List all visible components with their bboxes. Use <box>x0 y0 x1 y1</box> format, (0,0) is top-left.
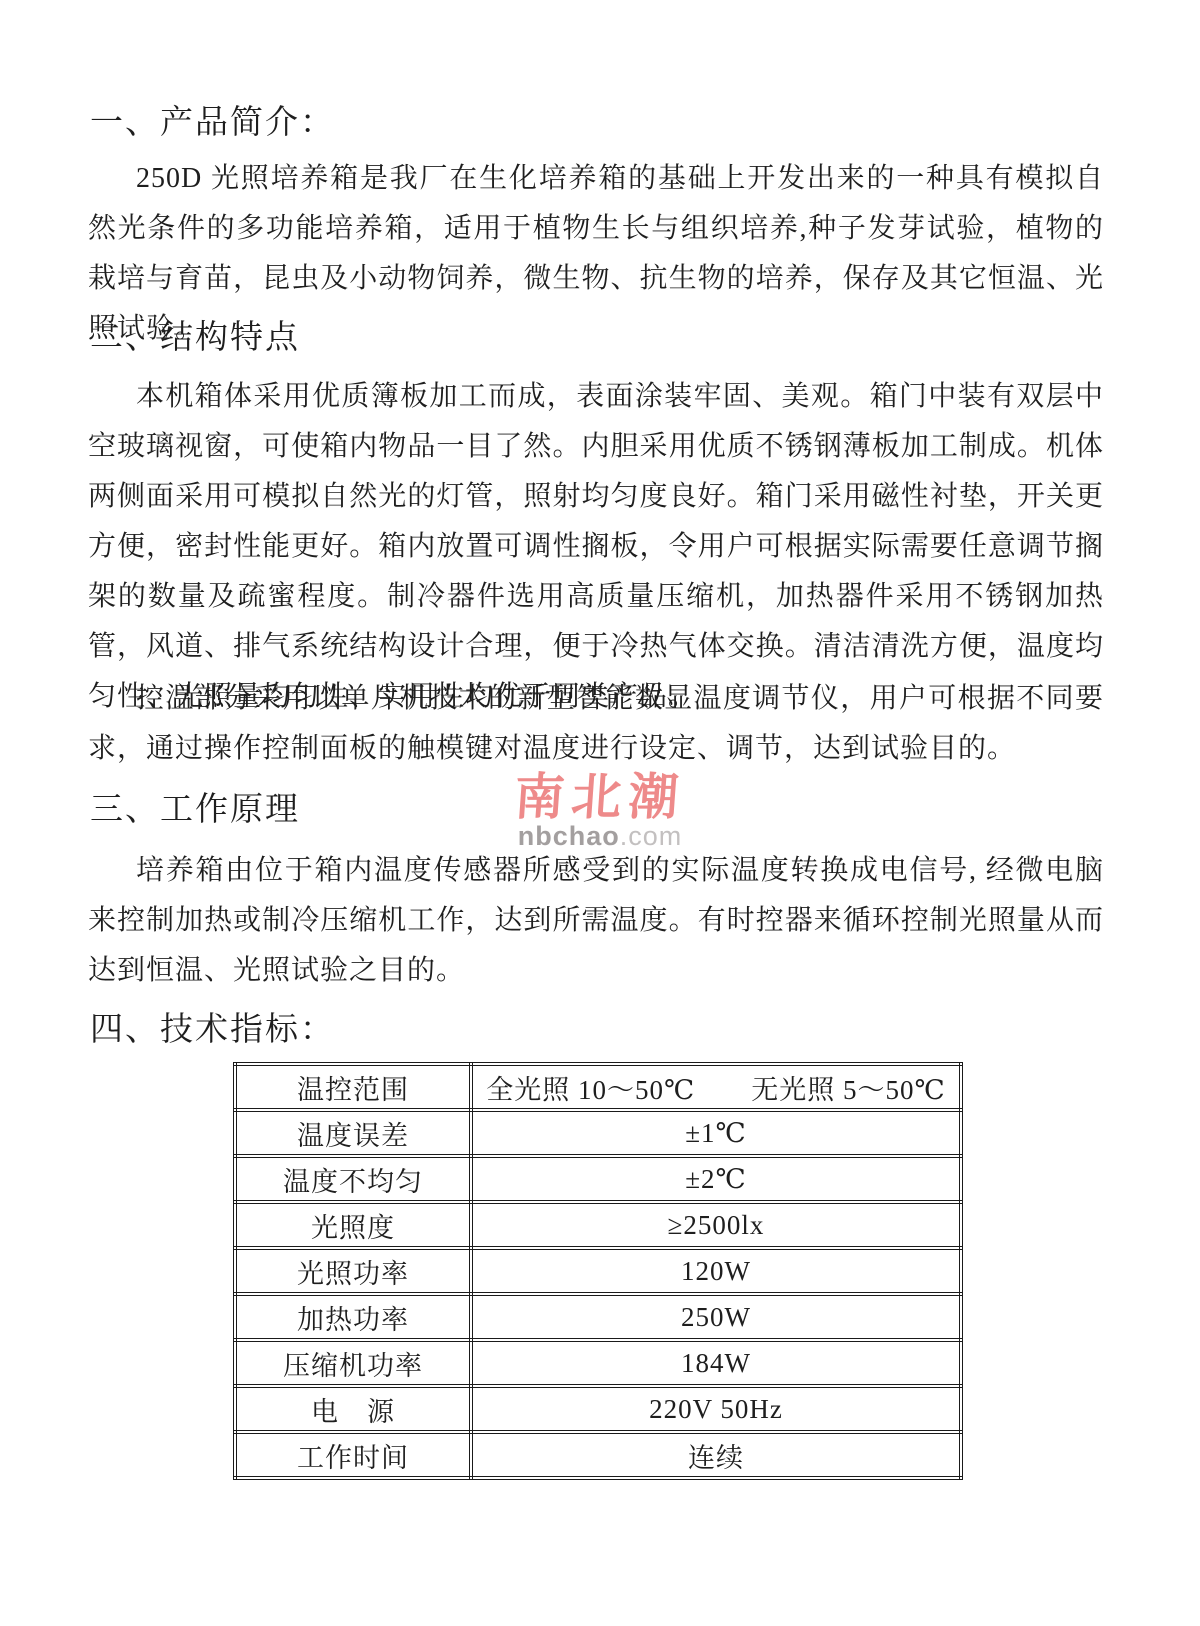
section-4-heading: 四、技术指标： <box>90 1009 1106 1051</box>
spec-label-cell: 电 源 <box>235 1386 471 1432</box>
spec-value-cell: 全光照 10～50℃ 无光照 5～50℃ <box>471 1064 961 1110</box>
spec-value-cell: 184W <box>471 1340 961 1386</box>
spec-label-cell: 温度不均匀 <box>235 1156 471 1202</box>
spec-row-temp-range: 温控范围 全光照 10～50℃ 无光照 5～50℃ <box>235 1064 961 1110</box>
spec-row-compressor-power: 压缩机功率 184W <box>235 1340 961 1386</box>
spec-row-temp-uniformity: 温度不均匀 ±2℃ <box>235 1156 961 1202</box>
section-3-paragraph: 培养箱由位于箱内温度传感器所感受到的实际温度转换成电信号, 经微电脑来控制加热或… <box>88 846 1104 996</box>
spec-label-cell: 温度误差 <box>235 1110 471 1156</box>
section-3-heading: 三、工作原理 <box>90 789 1106 831</box>
spec-value-cell: ≥2500lx <box>471 1202 961 1248</box>
spec-value-cell: 120W <box>471 1248 961 1294</box>
spec-label-cell: 加热功率 <box>235 1294 471 1340</box>
section-2-paragraph-1: 本机箱体采用优质簿板加工而成，表面涂装牢固、美观。箱门中装有双层中空玻璃视窗，可… <box>88 372 1104 722</box>
spec-value-cell: ±2℃ <box>471 1156 961 1202</box>
spec-value-cell: ±1℃ <box>471 1110 961 1156</box>
spec-label-cell: 温控范围 <box>235 1064 471 1110</box>
spec-row-power-supply: 电 源 220V 50Hz <box>235 1386 961 1432</box>
spec-value-cell: 220V 50Hz <box>471 1386 961 1432</box>
spec-value-cell: 连续 <box>471 1432 961 1478</box>
spec-label-cell: 光照功率 <box>235 1248 471 1294</box>
spec-value-cell: 250W <box>471 1294 961 1340</box>
spec-row-working-time: 工作时间 连续 <box>235 1432 961 1478</box>
section-2-heading: 二、结构特点 <box>90 317 1106 359</box>
section-1-heading: 一、产品简介： <box>90 102 1106 144</box>
spec-row-temp-error: 温度误差 ±1℃ <box>235 1110 961 1156</box>
spec-row-illuminance: 光照度 ≥2500lx <box>235 1202 961 1248</box>
spec-row-light-power: 光照功率 120W <box>235 1248 961 1294</box>
spec-label-cell: 压缩机功率 <box>235 1340 471 1386</box>
spec-label-cell: 工作时间 <box>235 1432 471 1478</box>
spec-row-heating-power: 加热功率 250W <box>235 1294 961 1340</box>
document-page: 一、产品简介： 250D 光照培养箱是我厂在生化培养箱的基础上开发出来的一种具有… <box>0 0 1200 1626</box>
section-2-paragraph-2: 控温部分采用以单片机技术的新型智能数显温度调节仪，用户可根据不同要求，通过操作控… <box>88 674 1104 774</box>
spec-label-cell: 光照度 <box>235 1202 471 1248</box>
spec-table: 温控范围 全光照 10～50℃ 无光照 5～50℃ 温度误差 ±1℃ 温度不均匀… <box>233 1062 963 1480</box>
